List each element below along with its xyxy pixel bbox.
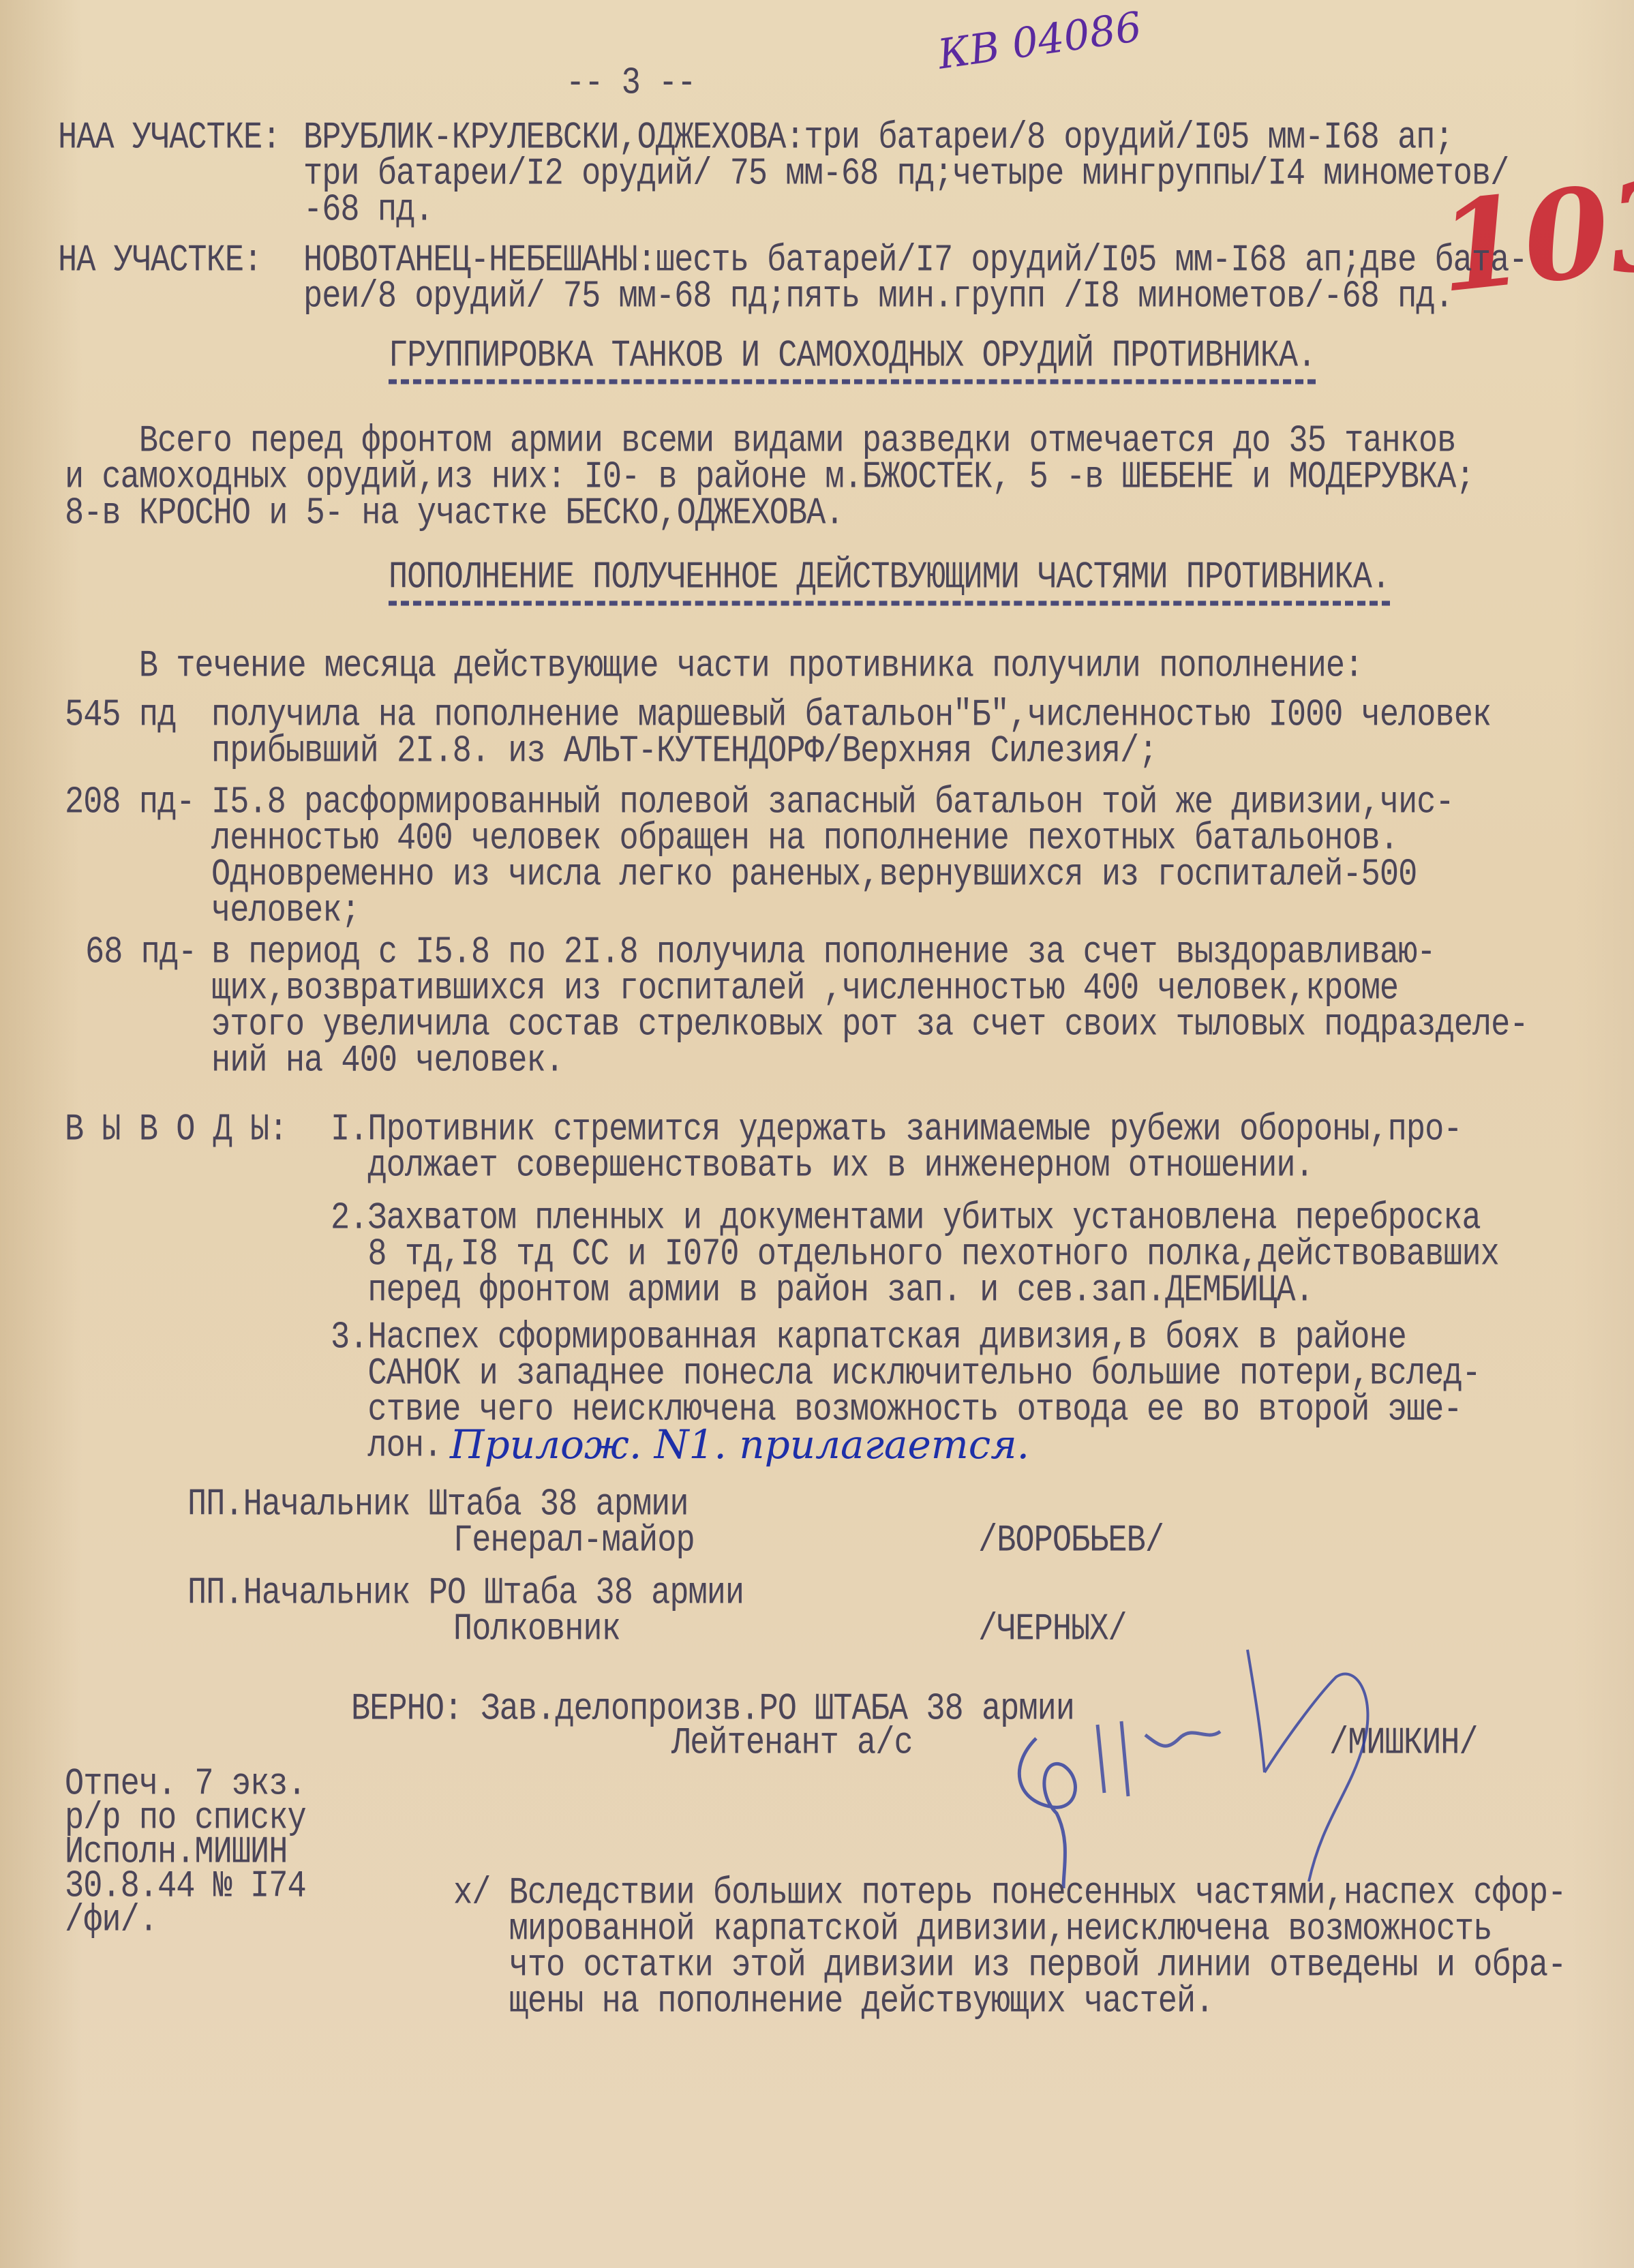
unit-line: получила на пополнение маршевый батальон… bbox=[211, 697, 1491, 736]
footnote-line: мированной карпатской дивизии,неисключен… bbox=[453, 1911, 1492, 1950]
section-heading-replenishment: ПОПОЛНЕНИЕ ПОЛУЧЕННОЕ ДЕЙСТВУЮЩИМИ ЧАСТЯ… bbox=[389, 559, 1390, 605]
unit-line: Одновременно из числа легко раненых,верн… bbox=[211, 856, 1417, 895]
signature-title: ПП.Начальник РО Штаба 38 армии bbox=[187, 1575, 744, 1614]
unit-label: 208 пд- bbox=[65, 784, 194, 823]
signature-name: /ВОРОБЬЕВ/ bbox=[978, 1522, 1164, 1561]
sector-line: ВРУБЛИК-КРУЛЕВСКИ,ОДЖЕХОВА:три батареи/8… bbox=[303, 119, 1453, 158]
section-heading-tanks: ГРУППИРОВКА ТАНКОВ И САМОХОДНЫХ ОРУДИЙ П… bbox=[389, 337, 1316, 384]
signature-scribble-icon bbox=[995, 1636, 1418, 1895]
unit-line: этого увеличила состав стрелковых рот за… bbox=[211, 1006, 1528, 1045]
conclusion-line: 3.Наспех сформированная карпатская дивиз… bbox=[331, 1319, 1406, 1358]
sector-line: -68 пд. bbox=[303, 192, 433, 230]
conclusion-line: I.Противник стремится удержать занимаемы… bbox=[331, 1111, 1462, 1150]
paragraph-line: и самоходных орудий,из них: I0- в районе… bbox=[65, 459, 1474, 498]
unit-line: ний на 400 человек. bbox=[211, 1042, 564, 1081]
sector-line: реи/8 орудий/ 75 мм-68 пд;пять мин.групп… bbox=[303, 278, 1453, 317]
conclusion-line: 2.Захватом пленных и документами убитых … bbox=[331, 1200, 1481, 1239]
unit-line: прибывший 2I.8. из АЛЬТ-КУТЕНДОРФ/Верхня… bbox=[211, 733, 1157, 772]
sector-label: НАА УЧАСТКЕ: bbox=[58, 119, 280, 158]
conclusion-line: 8 тд,I8 тд СС и I070 отдельного пехотног… bbox=[331, 1236, 1499, 1275]
footnote-line: что остатки этой дивизии из первой линии… bbox=[453, 1947, 1566, 1986]
unit-line: I5.8 расформированный полевой запасный б… bbox=[211, 784, 1454, 823]
unit-line: человек; bbox=[211, 892, 360, 931]
page-marker: -- 3 -- bbox=[566, 65, 695, 104]
signature-rank: Полковник bbox=[453, 1611, 620, 1650]
conclusion-line: должает совершенствовать их в инженерном… bbox=[331, 1147, 1314, 1186]
sector-line: НОВОТАНЕЦ-НЕБЕШАНЫ:шесть батарей/I7 оруд… bbox=[303, 242, 1528, 281]
archive-stamp: КВ 04086 bbox=[935, 3, 1145, 78]
document-page: КВ 04086 -- 3 -- 103 НАА УЧАСТКЕ: ВРУБЛИ… bbox=[0, 0, 1634, 2268]
unit-line: ленностью 400 человек обращен на пополне… bbox=[211, 820, 1398, 859]
paragraph-intro: В течение месяца действующие части проти… bbox=[65, 648, 1363, 686]
footnote-line: щены на пополнение действующих частей. bbox=[453, 1983, 1213, 2022]
footer-line: /фи/. bbox=[65, 1902, 157, 1941]
paragraph-line: Всего перед фронтом армии всеми видами р… bbox=[65, 423, 1455, 462]
handwritten-note: Прилож. N1. прилагается. bbox=[450, 1421, 1029, 1468]
unit-label: 545 пд bbox=[65, 697, 176, 736]
conclusion-line: САНОК и западнее понесла исключительно б… bbox=[331, 1355, 1481, 1394]
sector-label: НА УЧАСТКЕ: bbox=[58, 242, 262, 281]
conclusion-line: перед фронтом армии в район зап. и сев.з… bbox=[331, 1272, 1314, 1311]
sector-line: три батареи/I2 орудий/ 75 мм-68 пд;четыр… bbox=[303, 155, 1509, 194]
conclusion-line: лон. bbox=[331, 1427, 442, 1466]
unit-line: щих,возвратившихся из госпиталей ,числен… bbox=[211, 970, 1398, 1009]
unit-line: в период с I5.8 по 2I.8 получила пополне… bbox=[211, 934, 1436, 973]
unit-label: 68 пд- bbox=[85, 934, 196, 973]
signature-title: ПП.Начальник Штаба 38 армии bbox=[187, 1486, 689, 1525]
signature-rank: Генерал-майор bbox=[453, 1522, 695, 1561]
certification-rank: Лейтенант а/с bbox=[671, 1725, 913, 1764]
footnote-line: х/ Вследствии больших потерь понесенных … bbox=[453, 1875, 1566, 1914]
paragraph-line: 8-в КРОСНО и 5- на участке БЕСКО,ОДЖЕХОВ… bbox=[65, 495, 844, 534]
conclusions-label: В Ы В О Д Ы: bbox=[65, 1111, 287, 1150]
